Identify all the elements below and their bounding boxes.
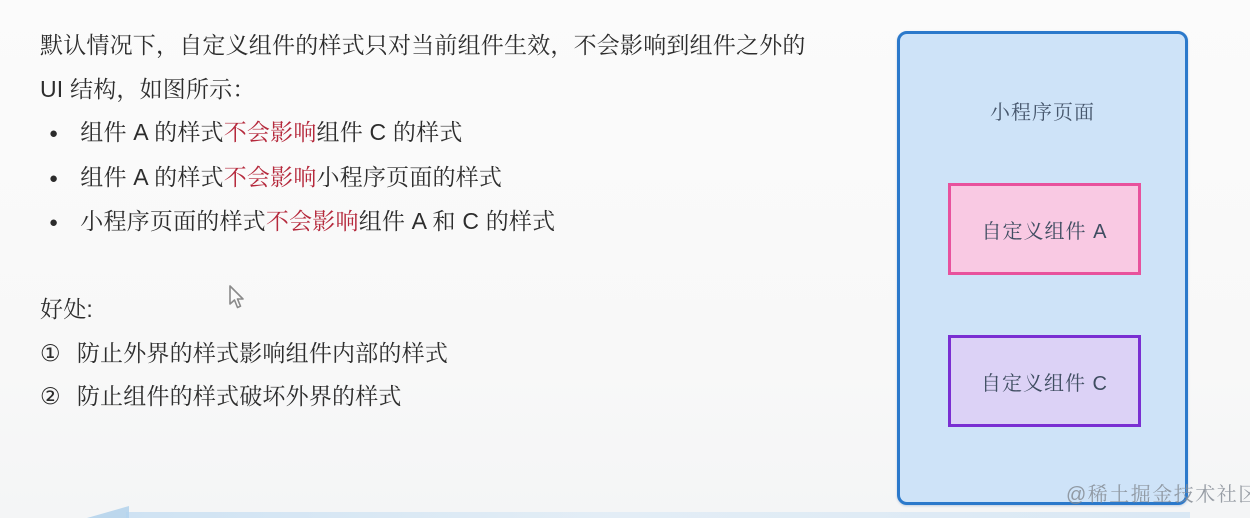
bullet-highlight: 不会影响 — [224, 119, 317, 145]
benefit-text: 防止组件的样式破坏外界的样式 — [77, 383, 402, 409]
circled-two-icon: ② — [40, 375, 61, 419]
custom-component-a-box: 自定义组件 A — [948, 183, 1141, 275]
benefits-title: 好处: — [40, 288, 870, 332]
bullet-suffix: 小程序页面的样式 — [317, 164, 503, 190]
benefit-item: ②防止组件的样式破坏外界的样式 — [40, 375, 870, 419]
bullet-item: ●组件 A 的样式不会影响组件 C 的样式 — [40, 111, 870, 156]
watermark: @稀土掘金技术社区 — [1066, 478, 1250, 507]
bullet-prefix: 组件 A 的样式 — [80, 164, 223, 190]
bullet-dot-icon: ● — [40, 112, 58, 156]
benefit-item: ①防止外界的样式影响组件内部的样式 — [40, 332, 870, 376]
intro-line-2: UI 结构，如图所示： — [40, 68, 870, 112]
bullet-dot-icon: ● — [40, 157, 58, 201]
slide-page: 默认情况下，自定义组件的样式只对当前组件生效，不会影响到组件之外的 UI 结构，… — [0, 0, 1250, 518]
style-isolation-bullets: ●组件 A 的样式不会影响组件 C 的样式 ●组件 A 的样式不会影响小程序页面… — [40, 111, 870, 245]
circled-one-icon: ① — [40, 332, 61, 376]
bottom-cropped-shape — [87, 506, 129, 518]
lesson-text: 默认情况下，自定义组件的样式只对当前组件生效，不会影响到组件之外的 UI 结构，… — [40, 24, 870, 419]
bullet-item: ●组件 A 的样式不会影响小程序页面的样式 — [40, 156, 870, 201]
bullet-item: ●小程序页面的样式不会影响组件 A 和 C 的样式 — [40, 200, 870, 245]
custom-component-c-box: 自定义组件 C — [948, 335, 1141, 427]
bullet-prefix: 小程序页面的样式 — [80, 208, 266, 234]
bullet-suffix: 组件 A 和 C 的样式 — [359, 208, 556, 234]
bullet-highlight: 不会影响 — [224, 164, 317, 190]
mouse-cursor-icon — [228, 285, 246, 316]
bullet-prefix: 组件 A 的样式 — [80, 119, 223, 145]
intro-paragraph: 默认情况下，自定义组件的样式只对当前组件生效，不会影响到组件之外的 UI 结构，… — [40, 24, 870, 111]
bullet-dot-icon: ● — [40, 201, 58, 245]
benefit-text: 防止外界的样式影响组件内部的样式 — [77, 340, 448, 366]
mini-program-page-box: 小程序页面 自定义组件 A 自定义组件 C — [897, 31, 1188, 505]
custom-component-c-label: 自定义组件 C — [981, 367, 1108, 396]
bottom-cropped-band — [126, 512, 1190, 518]
bullet-highlight: 不会影响 — [266, 208, 359, 234]
mini-program-page-label: 小程序页面 — [900, 96, 1185, 125]
custom-component-a-label: 自定义组件 A — [982, 215, 1108, 244]
intro-line-1: 默认情况下，自定义组件的样式只对当前组件生效，不会影响到组件之外的 — [40, 24, 870, 68]
bullet-suffix: 组件 C 的样式 — [317, 119, 463, 145]
